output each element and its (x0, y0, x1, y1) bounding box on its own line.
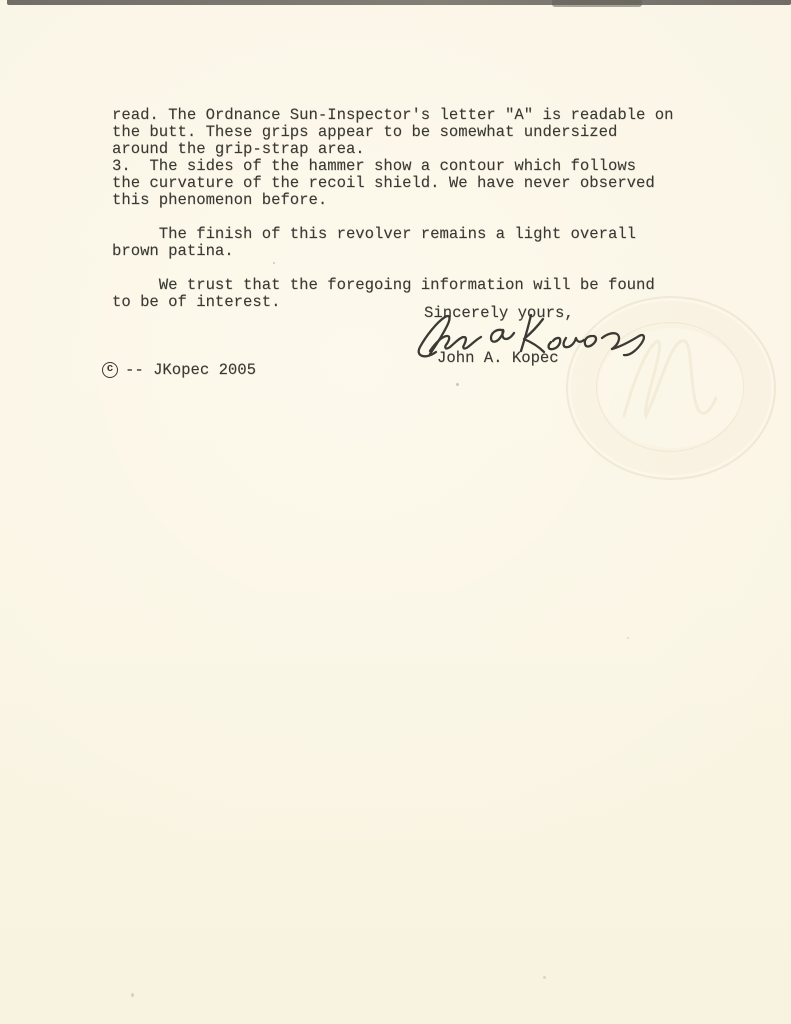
letter-page: read. The Ordnance Sun-Inspector's lette… (0, 0, 791, 1024)
copyright-symbol-icon: c (102, 362, 118, 378)
letter-line: brown patina. (112, 243, 673, 260)
letter-line: around the grip-strap area. (112, 141, 673, 158)
letter-line: the curvature of the recoil shield. We h… (112, 175, 673, 192)
paper-speck (543, 976, 546, 979)
letter-line: The finish of this revolver remains a li… (112, 226, 673, 243)
letter-line-blank (112, 260, 673, 277)
paper-speck (456, 383, 459, 386)
scan-edge-artifact (7, 0, 791, 5)
signature-typed-name: John A. Kopec (437, 349, 559, 367)
letter-body: read. The Ordnance Sun-Inspector's lette… (112, 107, 673, 311)
letter-line: this phenomenon before. (112, 192, 673, 209)
letter-line: the butt. These grips appear to be somew… (112, 124, 673, 141)
copyright-line: c -- JKopec 2005 (102, 361, 256, 379)
letter-line: We trust that the foregoing information … (112, 277, 673, 294)
letter-line: read. The Ordnance Sun-Inspector's lette… (112, 107, 673, 124)
paper-speck (627, 637, 629, 639)
scan-edge-artifact-bump (552, 0, 642, 7)
letter-line-blank (112, 209, 673, 226)
paper-speck (131, 993, 134, 997)
paper-speck (273, 262, 275, 264)
letter-line: 3. The sides of the hammer show a contou… (112, 158, 673, 175)
copyright-text: -- JKopec 2005 (125, 361, 256, 379)
